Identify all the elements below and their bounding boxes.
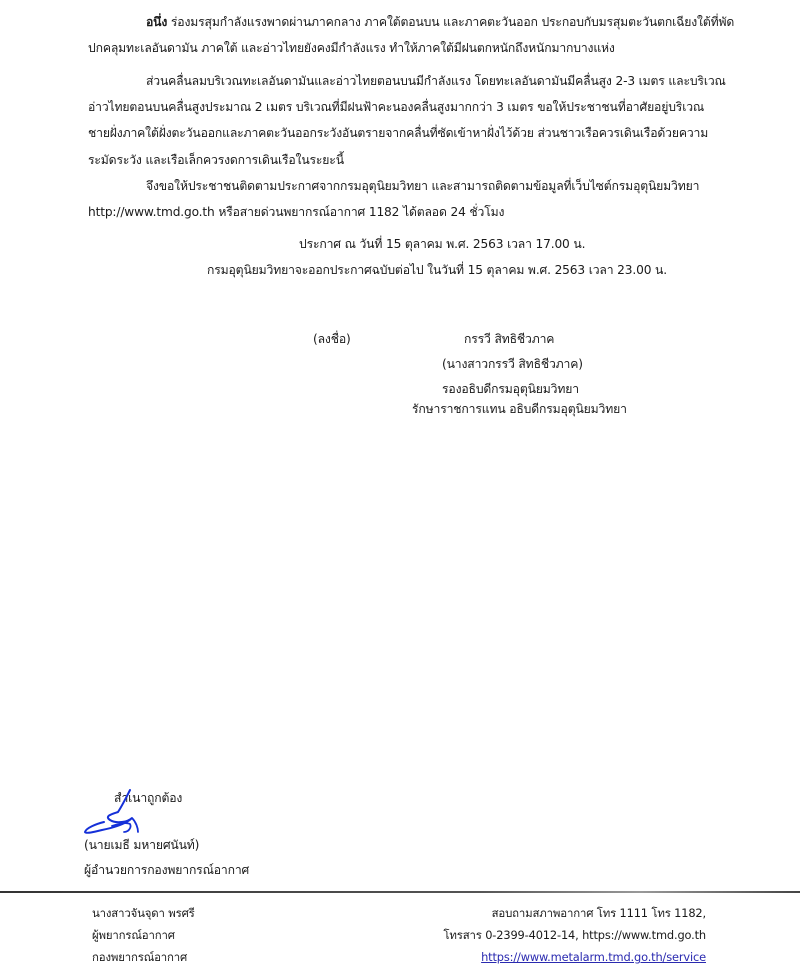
forecaster-role: ผู้พยากรณ์อากาศ [92, 927, 175, 943]
para1-lead: อนึ่ง [146, 15, 167, 29]
next-issue-notice: กรมอุตุนิยมวิทยาจะออกประกาศฉบับต่อไป ในว… [207, 262, 667, 278]
signatory-full-name: (นางสาวกรรวี สิทธิชีวภาค) [442, 356, 583, 372]
forecast-division: กองพยากรณ์อากาศ [92, 949, 187, 965]
contact-phone: สอบถามสภาพอากาศ โทร 1111 โทร 1182, [492, 905, 706, 921]
signatory-acting-position: รักษาราชการแทน อธิบดีกรมอุตุนิยมวิทยา [412, 401, 627, 417]
sign-label: (ลงชื่อ) [313, 331, 351, 347]
para2-line4: ระมัดระวัง และเรือเล็กควรงดการเดินเรือใน… [88, 152, 344, 168]
forecaster-name: นางสาวจันจุดา พรศรี [92, 905, 195, 921]
certifier-name: (นายเมธี มหายศนันท์) [84, 837, 199, 853]
certifier-position: ผู้อำนวยการกองพยากรณ์อากาศ [84, 862, 249, 878]
metalarm-service-link[interactable]: https://www.metalarm.tmd.go.th/service [481, 949, 706, 965]
para1-line1: อนึ่ง ร่องมรสุมกำลังแรงพาดผ่านภาคกลาง ภา… [146, 14, 734, 30]
handwritten-signature [82, 788, 152, 838]
signed-name: กรรวี สิทธิชีวภาค [464, 331, 554, 347]
contact-fax-website: โทรสาร 0-2399-4012-14, https://www.tmd.g… [443, 927, 706, 943]
para2-line2: อ่าวไทยตอนบนคลื่นสูงประมาณ 2 เมตร บริเวณ… [88, 99, 704, 115]
para2-line3: ชายฝั่งภาคใต้ฝั่งตะวันออกและภาคตะวันออกร… [88, 125, 708, 141]
signatory-position: รองอธิบดีกรมอุตุนิยมวิทยา [442, 381, 579, 397]
footer-divider [0, 891, 800, 893]
para1-text: ร่องมรสุมกำลังแรงพาดผ่านภาคกลาง ภาคใต้ตอ… [171, 15, 734, 29]
announcement-date: ประกาศ ณ วันที่ 15 ตุลาคม พ.ศ. 2563 เวลา… [299, 236, 585, 252]
para1-line2: ปกคลุมทะเลอันดามัน ภาคใต้ และอ่าวไทยยังค… [88, 40, 615, 56]
para2-line1: ส่วนคลื่นลมบริเวณทะเลอันดามันและอ่าวไทยต… [146, 73, 726, 89]
para3-line2: http://www.tmd.go.th หรือสายด่วนพยากรณ์อ… [88, 204, 504, 220]
para3-line1: จึงขอให้ประชาชนติดตามประกาศจากกรมอุตุนิย… [146, 178, 699, 194]
